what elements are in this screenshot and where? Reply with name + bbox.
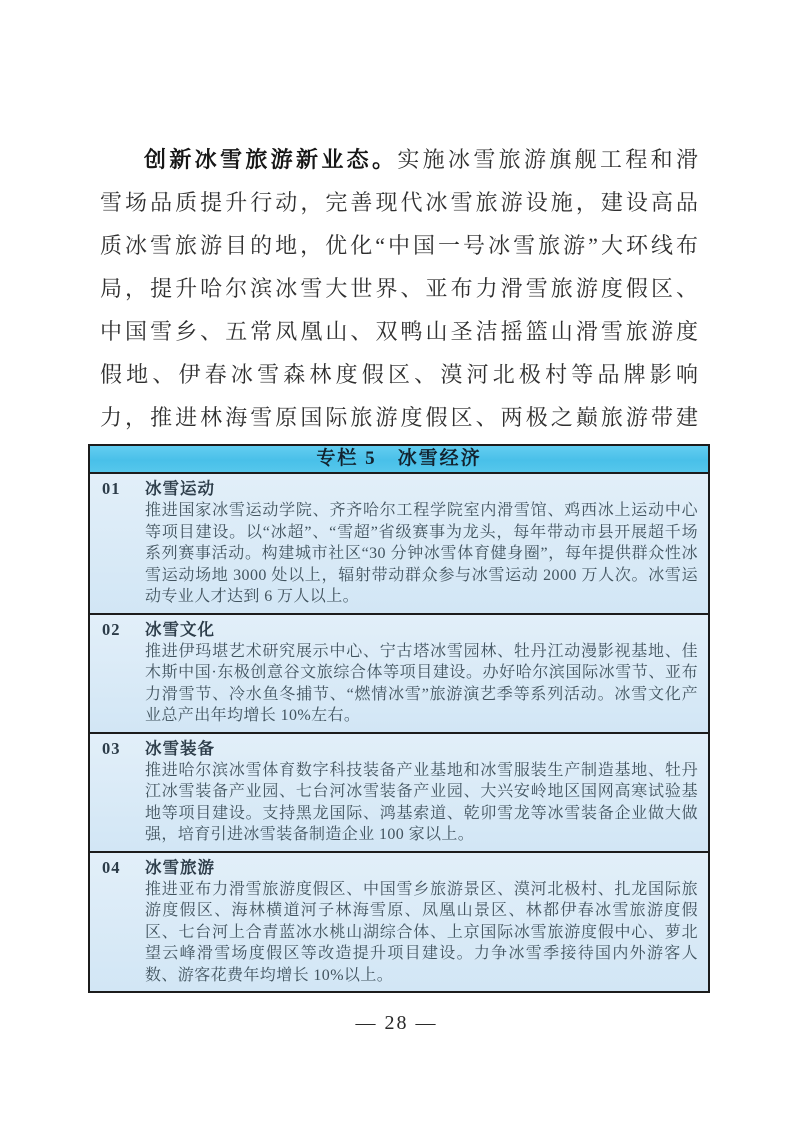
section-heading: 04 冰雪旅游	[102, 857, 698, 879]
panel-title: 专栏 5 冰雪经济	[90, 446, 708, 474]
section-title: 冰雪装备	[145, 738, 215, 760]
paragraph-lead-bold: 创新冰雪旅游新业态。	[144, 147, 397, 172]
section-heading: 02 冰雪文化	[102, 619, 698, 641]
section-heading: 03 冰雪装备	[102, 738, 698, 760]
section-number: 03	[102, 738, 145, 760]
section-ice-snow-equipment: 03 冰雪装备 推进哈尔滨冰雪体育数字科技装备产业基地和冰雪服装生产制造基地、牡…	[90, 732, 708, 851]
section-number: 02	[102, 619, 145, 641]
page-number: — 28 —	[0, 1012, 793, 1035]
column5-panel: 专栏 5 冰雪经济 01 冰雪运动 推进国家冰雪运动学院、齐齐哈尔工程学院室内滑…	[88, 444, 710, 993]
section-ice-snow-culture: 02 冰雪文化 推进伊玛堪艺术研究展示中心、宁古塔冰雪园林、牡丹江动漫影视基地、…	[90, 613, 708, 732]
section-body: 推进哈尔滨冰雪体育数字科技装备产业基地和冰雪服装生产制造基地、牡丹江冰雪装备产业…	[145, 760, 698, 846]
section-title: 冰雪运动	[145, 478, 215, 500]
section-body: 推进伊玛堪艺术研究展示中心、宁古塔冰雪园林、牡丹江动漫影视基地、佳木斯中国·东极…	[145, 641, 698, 727]
section-ice-snow-tourism: 04 冰雪旅游 推进亚布力滑雪旅游度假区、中国雪乡旅游景区、漠河北极村、扎龙国际…	[90, 851, 708, 992]
section-title: 冰雪旅游	[145, 857, 215, 879]
section-ice-snow-sports: 01 冰雪运动 推进国家冰雪运动学院、齐齐哈尔工程学院室内滑雪馆、鸡西冰上运动中…	[90, 474, 708, 613]
section-body: 推进亚布力滑雪旅游度假区、中国雪乡旅游景区、漠河北极村、扎龙国际旅游度假区、海林…	[145, 879, 698, 987]
section-body: 推进国家冰雪运动学院、齐齐哈尔工程学院室内滑雪馆、鸡西冰上运动中心等项目建设。以…	[145, 500, 698, 608]
document-page: 创新冰雪旅游新业态。实施冰雪旅游旗舰工程和滑雪场品质提升行动，完善现代冰雪旅游设…	[0, 0, 793, 1122]
section-heading: 01 冰雪运动	[102, 478, 698, 500]
section-number: 01	[102, 478, 145, 500]
section-number: 04	[102, 857, 145, 879]
section-title: 冰雪文化	[145, 619, 215, 641]
